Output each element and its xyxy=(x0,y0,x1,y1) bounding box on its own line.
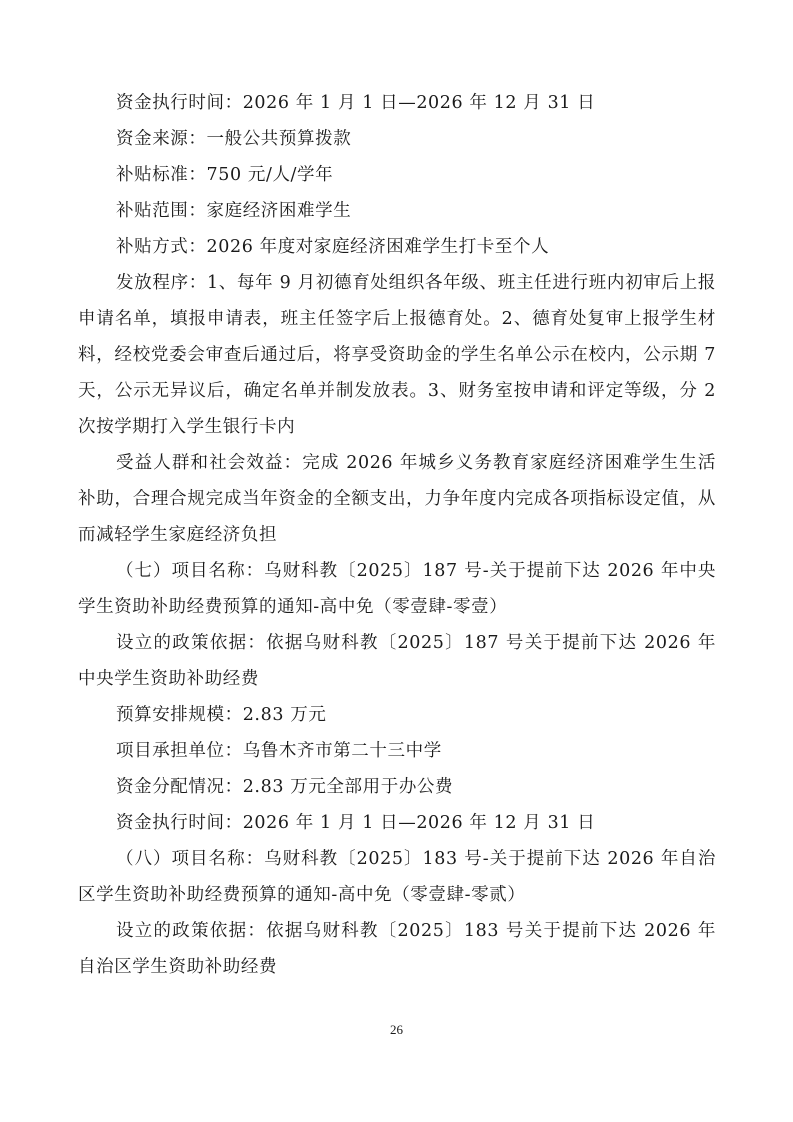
paragraph-fund-allocation: 资金分配情况：2.83 万元全部用于办公费 xyxy=(78,769,716,805)
paragraph-fund-source: 资金来源：一般公共预算拨款 xyxy=(78,121,716,157)
document-body: 资金执行时间：2026 年 1 月 1 日—2026 年 12 月 31 日 资… xyxy=(78,85,716,985)
paragraph-project-unit: 项目承担单位：乌鲁木齐市第二十三中学 xyxy=(78,733,716,769)
paragraph-subsidy-standard: 补贴标准：750 元/人/学年 xyxy=(78,157,716,193)
paragraph-distribution-procedure: 发放程序：1、每年 9 月初德育处组织各年级、班主任进行班内初审后上报申请名单，… xyxy=(78,265,716,445)
paragraph-policy-basis-8: 设立的政策依据：依据乌财科教〔2025〕183 号关于提前下达 2026 年自治… xyxy=(78,913,716,985)
section-heading-7: （七）项目名称：乌财科教〔2025〕187 号-关于提前下达 2026 年中央学… xyxy=(78,553,716,625)
paragraph-subsidy-method: 补贴方式：2026 年度对家庭经济困难学生打卡至个人 xyxy=(78,229,716,265)
paragraph-policy-basis-7: 设立的政策依据：依据乌财科教〔2025〕187 号关于提前下达 2026 年中央… xyxy=(78,625,716,697)
paragraph-budget-scale: 预算安排规模：2.83 万元 xyxy=(78,697,716,733)
paragraph-subsidy-scope: 补贴范围：家庭经济困难学生 xyxy=(78,193,716,229)
page-number: 26 xyxy=(0,1022,793,1038)
section-heading-8: （八）项目名称：乌财科教〔2025〕183 号-关于提前下达 2026 年自治区… xyxy=(78,841,716,913)
paragraph-fund-execution-time-7: 资金执行时间：2026 年 1 月 1 日—2026 年 12 月 31 日 xyxy=(78,805,716,841)
paragraph-fund-execution-time: 资金执行时间：2026 年 1 月 1 日—2026 年 12 月 31 日 xyxy=(78,85,716,121)
paragraph-beneficiaries: 受益人群和社会效益：完成 2026 年城乡义务教育家庭经济困难学生生活补助，合理… xyxy=(78,445,716,553)
